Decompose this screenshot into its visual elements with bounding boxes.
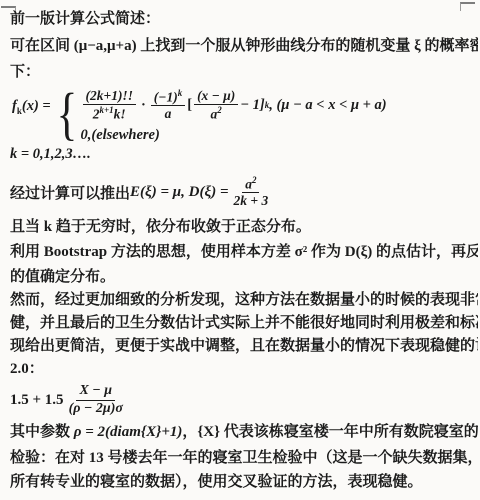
- formula-expectation-variance: 经过计算可以推出 E(ξ) = μ, D(ξ) = a2 2k + 3: [10, 170, 273, 214]
- paragraph-intro-title: 前一版计算公式简述：: [10, 6, 478, 32]
- paragraph-bootstrap-1: 利用 Bootstrap 方法的思想，使用样本方差 σ² 作为 D(ξ) 的点估…: [10, 239, 478, 265]
- open-bracket: [: [187, 97, 192, 114]
- paragraph-interval-2: 下：: [10, 59, 478, 85]
- piecewise-cases: (2k+1)!! 2k+1k! · (−1)k a [ (x − μ) a2 −…: [81, 86, 387, 146]
- formula-lhs: fk(x) =: [12, 98, 51, 116]
- multiplication-dot: ·: [141, 97, 146, 114]
- paragraph-parameter: 其中参数 ρ = 2(diam{X}+1)，{X} 代表该栋寝室楼一年中所有数院…: [10, 419, 478, 445]
- parameter-pre: 其中参数: [10, 424, 74, 440]
- formula-v2-prefix: 1.5 + 1.5: [10, 392, 64, 409]
- paragraph-limit: 且当 k 趋于无穷时，依分布收敛于正态分布。: [10, 214, 478, 240]
- piecewise-brace: {: [56, 84, 77, 144]
- support-condition: , (μ − a < x < μ + a): [269, 97, 386, 114]
- parameter-rest: ，{X} 代表该栋寝室楼一年中所有数院寝室的得分。: [182, 424, 478, 440]
- paragraph-check-2: 所有转专业的寝室的数据），使用交叉验证的方法，表现稳健。: [10, 469, 478, 495]
- formula-v2: 1.5 + 1.5 X − μ (ρ − 2μ)σ: [10, 378, 128, 422]
- piecewise-case-nonzero: (2k+1)!! 2k+1k! · (−1)k a [ (x − μ) a2 −…: [81, 86, 387, 124]
- ed-prefix-text: 经过计算可以推出: [10, 182, 130, 203]
- fraction-variance: a2 2k + 3: [231, 175, 272, 210]
- paragraph-interval-1: 可在区间 (μ−a,μ+a) 上找到一个服从钟形曲线分布的随机变量 ξ 的概率密…: [10, 33, 478, 59]
- paragraph-check-1: 检验：在对 13 号楼去年一年的寝室卫生检验中（这是一个缺失数据集，缺少了: [10, 445, 478, 471]
- fraction-v2: X − μ (ρ − 2μ)σ: [66, 383, 126, 418]
- fraction-coefficient: (2k+1)!! 2k+1k!: [83, 88, 136, 123]
- ed-equalities: E(ξ) = μ, D(ξ) =: [130, 184, 228, 201]
- fraction-sign-term: (−1)k a: [151, 88, 185, 123]
- parameter-math: ρ = 2(diam{X}+1): [74, 424, 183, 440]
- k-values-line: k = 0,1,2,3….: [10, 143, 478, 165]
- fraction-x-term: (x − μ) a2: [194, 88, 238, 123]
- bracket-close-term: − 1]: [240, 97, 265, 114]
- formula-density-piecewise: fk(x) = { (2k+1)!! 2k+1k! · (−1)k a [ (x…: [12, 84, 387, 150]
